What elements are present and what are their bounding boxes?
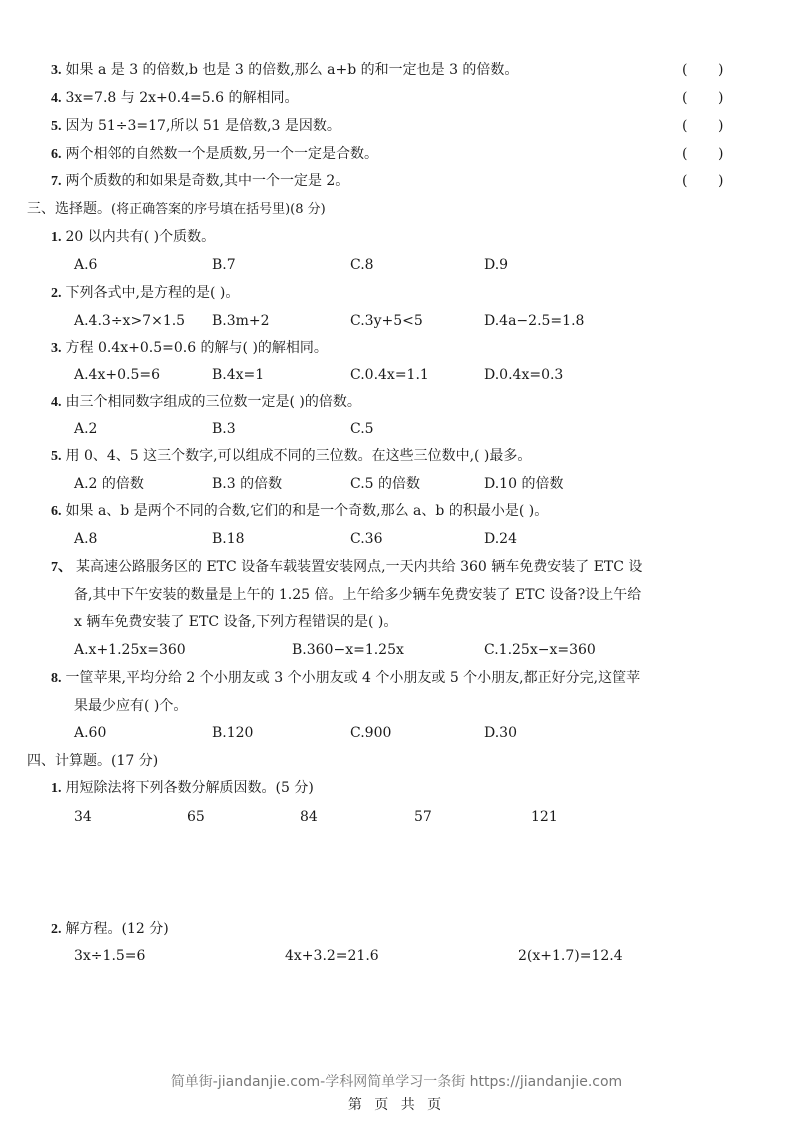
choice-question-7-line-3: x 辆车免费安装了 ETC 设备,下列方程错误的是( )。: [74, 613, 397, 631]
choice-question-4: 4.由三个相同数字组成的三位数一定是( )的倍数。: [51, 393, 361, 412]
option-3a[interactable]: A.4x+0.5=6: [74, 366, 160, 384]
choice-question-1: 1.20 以内共有( )个质数。: [51, 228, 215, 247]
calc-question-2: 2.解方程。(12 分): [51, 920, 169, 939]
option-7a[interactable]: A.x+1.25x=360: [74, 641, 186, 659]
choice-question-5: 5.用 0、4、5 这三个数字,可以组成不同的三位数。在这些三位数中,( )最多…: [51, 447, 531, 466]
option-1c[interactable]: C.8: [350, 256, 374, 274]
option-5b[interactable]: B.3 的倍数: [212, 475, 282, 493]
section-calc-title: 四、计算题。(17 分): [27, 752, 158, 770]
option-7c[interactable]: C.1.25x−x=360: [484, 641, 596, 659]
option-1d[interactable]: D.9: [484, 256, 508, 274]
option-1b[interactable]: B.7: [212, 256, 236, 274]
option-4b[interactable]: B.3: [212, 420, 236, 438]
option-1a[interactable]: A.6: [74, 256, 97, 274]
option-6a[interactable]: A.8: [74, 530, 97, 548]
judgment-item-5: 5.因为 51÷3=17,所以 51 是倍数,3 是因数。: [51, 117, 341, 136]
factor-number: 84: [300, 808, 318, 826]
judgment-item-4: 4.3x=7.8 与 2x+0.4=5.6 的解相同。: [51, 89, 298, 108]
option-3b[interactable]: B.4x=1: [212, 366, 264, 384]
watermark: 简单街-jiandanjie.com-学科网简单学习一条街 https://ji…: [0, 1071, 793, 1091]
option-5a[interactable]: A.2 的倍数: [74, 475, 144, 493]
equation-3: 2(x+1.7)=12.4: [518, 947, 623, 965]
option-2c[interactable]: C.3y+5<5: [350, 312, 423, 330]
equation-2: 4x+3.2=21.6: [285, 947, 379, 965]
choice-question-7-line-1: 7、某高速公路服务区的 ETC 设备车载装置安装网点,一天内共给 360 辆车免…: [51, 558, 642, 577]
option-4a[interactable]: A.2: [74, 420, 97, 438]
option-6b[interactable]: B.18: [212, 530, 245, 548]
page-number: 第 页 共 页: [0, 1094, 793, 1114]
option-4c[interactable]: C.5: [350, 420, 374, 438]
option-8b[interactable]: B.120: [212, 724, 253, 742]
judgment-item-6: 6.两个相邻的自然数一个是质数,另一个一定是合数。: [51, 145, 378, 164]
option-7b[interactable]: B.360−x=1.25x: [292, 641, 404, 659]
option-2d[interactable]: D.4a−2.5=1.8: [484, 312, 584, 330]
option-3c[interactable]: C.0.4x=1.1: [350, 366, 429, 384]
option-3d[interactable]: D.0.4x=0.3: [484, 366, 563, 384]
choice-question-7-line-2: 备,其中下午安装的数量是上午的 1.25 倍。上午给多少辆车免费安装了 ETC …: [74, 586, 641, 604]
factor-number: 34: [74, 808, 92, 826]
option-5c[interactable]: C.5 的倍数: [350, 475, 420, 493]
choice-question-2: 2.下列各式中,是方程的是( )。: [51, 284, 239, 303]
choice-question-6: 6.如果 a、b 是两个不同的合数,它们的和是一个奇数,那么 a、b 的积最小是…: [51, 502, 548, 521]
option-5d[interactable]: D.10 的倍数: [484, 475, 563, 493]
judgment-item-3: 3.如果 a 是 3 的倍数,b 也是 3 的倍数,那么 a+b 的和一定也是 …: [51, 61, 518, 80]
option-8c[interactable]: C.900: [350, 724, 391, 742]
factor-number: 65: [187, 808, 205, 826]
option-6c[interactable]: C.36: [350, 530, 382, 548]
equation-1: 3x÷1.5=6: [74, 947, 145, 965]
calc-question-1: 1.用短除法将下列各数分解质因数。(5 分): [51, 779, 314, 798]
choice-question-8-line-1: 8.一筐苹果,平均分给 2 个小朋友或 3 个小朋友或 4 个小朋友或 5 个小…: [51, 669, 640, 688]
option-2b[interactable]: B.3m+2: [212, 312, 270, 330]
factor-number: 121: [531, 808, 558, 826]
option-8a[interactable]: A.60: [74, 724, 106, 742]
section-choice-title: 三、选择题。(将正确答案的序号填在括号里)(8 分): [27, 200, 326, 219]
choice-question-3: 3.方程 0.4x+0.5=0.6 的解与( )的解相同。: [51, 339, 328, 358]
factor-number: 57: [414, 808, 432, 826]
choice-question-8-line-2: 果最少应有( )个。: [74, 697, 187, 715]
option-2a[interactable]: A.4.3÷x>7×1.5: [74, 312, 185, 330]
option-6d[interactable]: D.24: [484, 530, 517, 548]
judgment-item-7: 7.两个质数的和如果是奇数,其中一个一定是 2。: [51, 172, 349, 191]
option-8d[interactable]: D.30: [484, 724, 517, 742]
